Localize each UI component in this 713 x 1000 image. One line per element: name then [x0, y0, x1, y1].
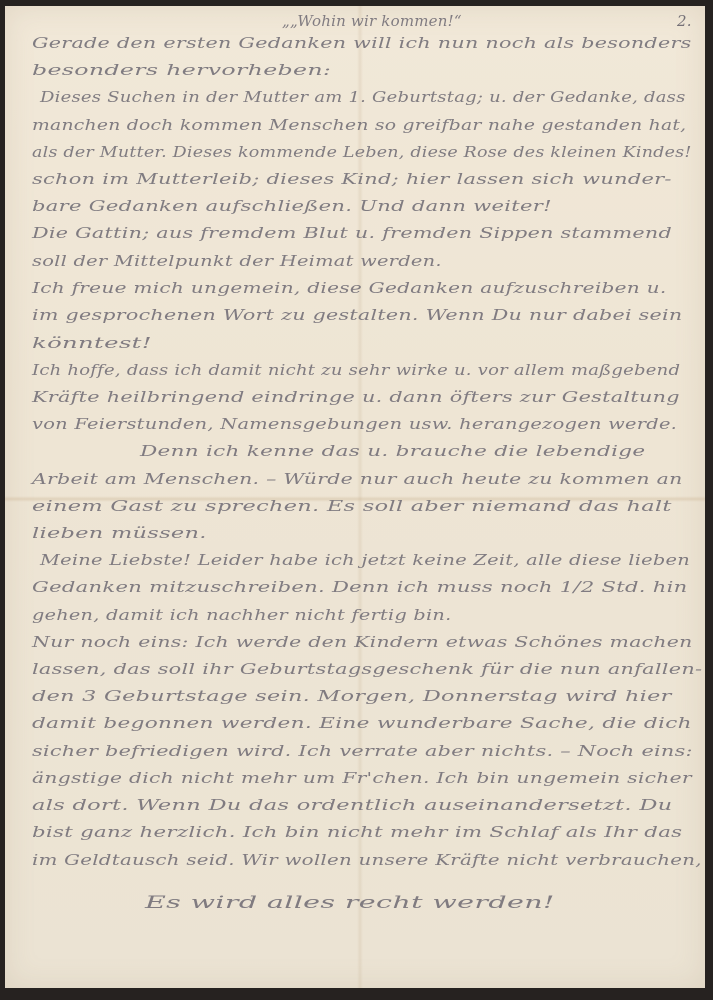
letter-line: einem Gast zu sprechen. Es soll aber nie… — [32, 497, 672, 515]
letter-line: als der Mutter. Dieses kommende Leben, d… — [32, 143, 692, 161]
letter-line: lassen, das soll ihr Geburtstagsgeschenk… — [32, 660, 702, 678]
letter-line: Gedanken mitzuschreiben. Denn ich muss n… — [32, 578, 688, 596]
letter-line: Dieses Suchen in der Mutter am 1. Geburt… — [40, 88, 686, 106]
letter-page: „„Wohin wir kommen!“ 2. Gerade den erste… — [5, 6, 705, 988]
page-number: 2. — [677, 12, 692, 30]
letter-line: Gerade den ersten Gedanken will ich nun … — [32, 34, 692, 52]
letter-line: im Geldtausch seid. Wir wollen unsere Kr… — [32, 851, 702, 869]
letter-line: Kräfte heilbringend eindringe u. dann öf… — [32, 388, 680, 406]
letter-line: als dort. Wenn Du das ordentlich auseina… — [32, 796, 672, 814]
letter-line: ängstige dich nicht mehr um Fr'chen. Ich… — [32, 769, 692, 787]
letter-line: sicher befriedigen wird. Ich verrate abe… — [32, 742, 693, 760]
letter-line: lieben müssen. — [32, 524, 207, 542]
header-quote: „„Wohin wir kommen!“ — [282, 12, 462, 30]
letter-line: schon im Mutterleib; dieses Kind; hier l… — [32, 170, 672, 188]
letter-line: von Feierstunden, Namensgebungen usw. he… — [32, 415, 677, 433]
letter-line: Ich hoffe, dass ich damit nicht zu sehr … — [32, 361, 680, 379]
scan-frame: „„Wohin wir kommen!“ 2. Gerade den erste… — [0, 0, 713, 1000]
letter-line: Arbeit am Menschen. – Würde nur auch heu… — [32, 470, 683, 488]
letter-line: Nur noch eins: Ich werde den Kindern etw… — [32, 633, 693, 651]
letter-line: gehen, damit ich nachher nicht fertig bi… — [32, 606, 451, 624]
letter-line: bare Gedanken aufschließen. Und dann wei… — [32, 197, 552, 215]
letter-line: Ich freue mich ungemein, diese Gedanken … — [32, 279, 667, 297]
letter-line: Meine Liebste! Leider habe ich jetzt kei… — [40, 551, 690, 569]
letter-line: Denn ich kenne das u. brauche die lebend… — [140, 442, 645, 460]
letter-line: bist ganz herzlich. Ich bin nicht mehr i… — [32, 823, 682, 841]
letter-line: manchen doch kommen Menschen so greifbar… — [32, 116, 686, 134]
letter-line: damit begonnen werden. Eine wunderbare S… — [32, 714, 692, 732]
letter-line: im gesprochenen Wort zu gestalten. Wenn … — [32, 306, 682, 324]
letter-line: besonders hervorheben: — [32, 61, 331, 79]
letter-line: könntest! — [32, 334, 152, 352]
closing-line: Es wird alles recht werden! — [145, 893, 555, 913]
letter-line: den 3 Geburtstage sein. Morgen, Donnerst… — [32, 687, 672, 705]
letter-line: soll der Mittelpunkt der Heimat werden. — [32, 252, 442, 270]
letter-line: Die Gattin; aus fremdem Blut u. fremden … — [32, 224, 672, 242]
